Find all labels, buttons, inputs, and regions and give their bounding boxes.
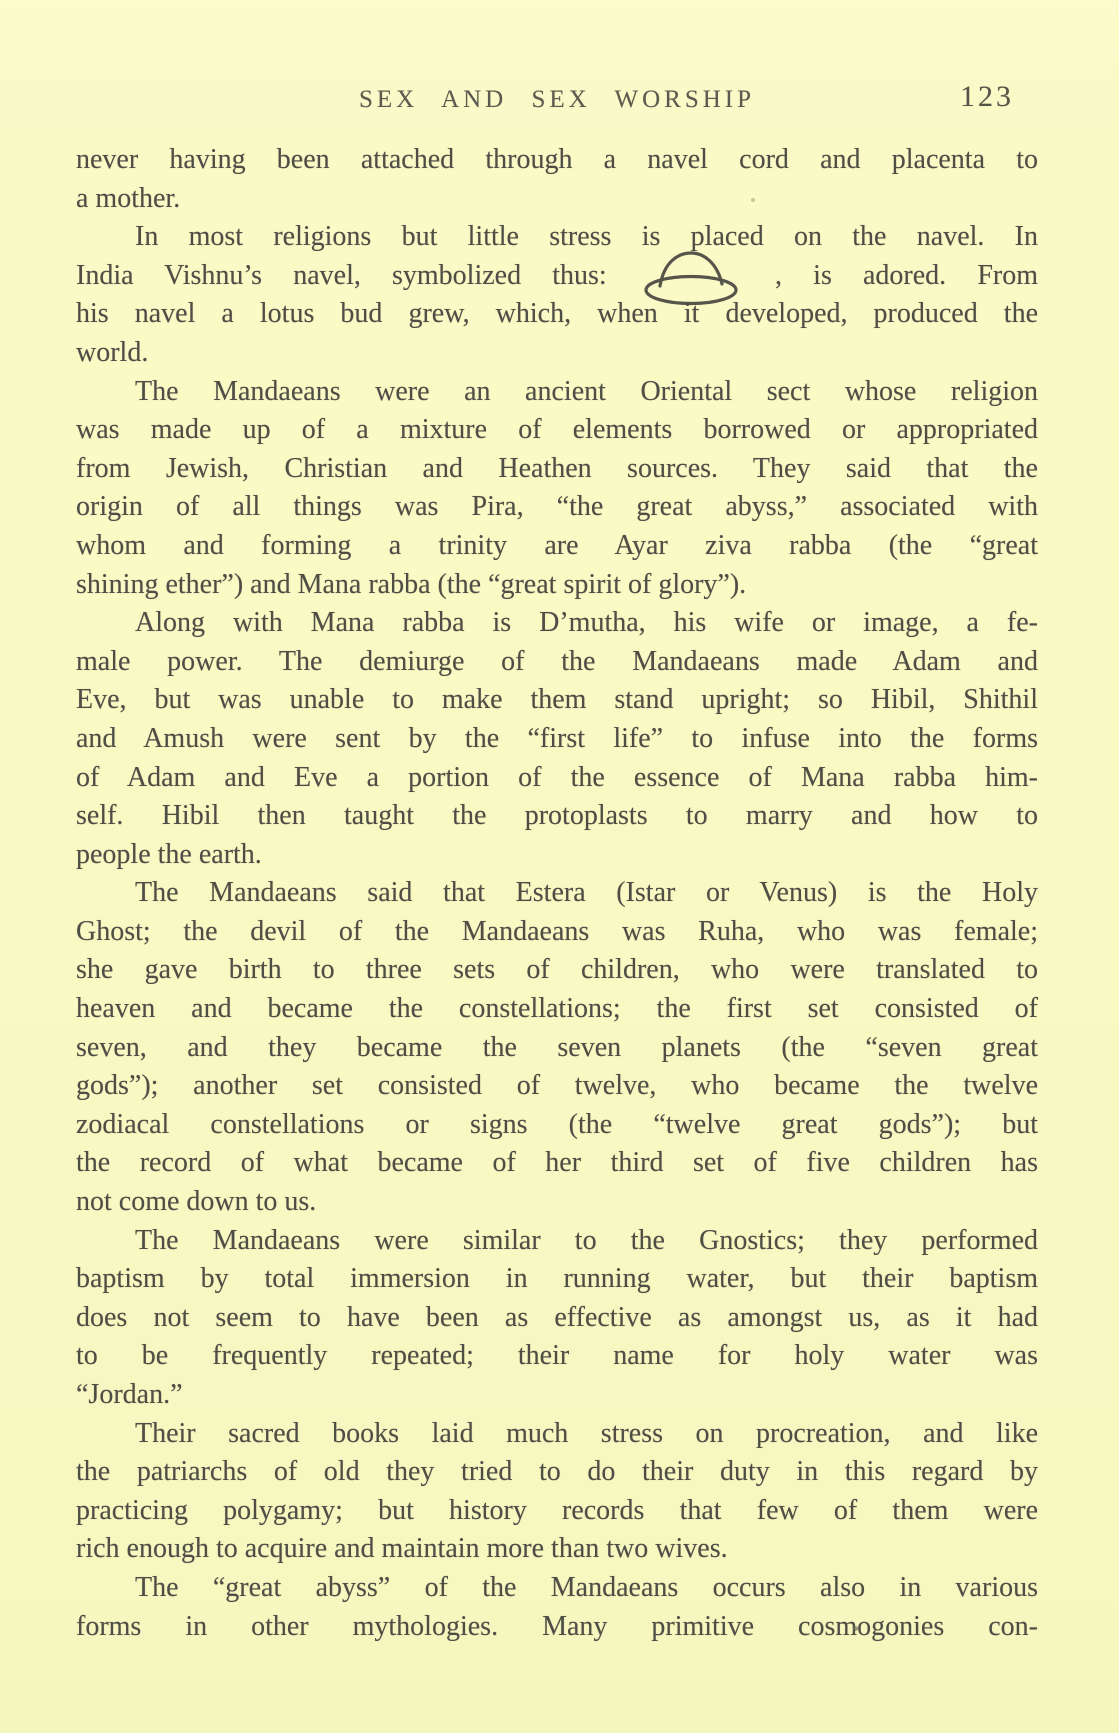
text-line: not come down to us. bbox=[76, 1183, 1038, 1222]
text-line: The “great abyss” of the Mandaeans occur… bbox=[76, 1569, 1038, 1608]
text-line: whom and forming a trinity are Ayar ziva… bbox=[76, 527, 1038, 566]
text-line: The Mandaeans said that Estera (Istar or… bbox=[76, 874, 1038, 913]
text-line: baptism by total immersion in running wa… bbox=[76, 1260, 1038, 1299]
text-line: was made up of a mixture of elements bor… bbox=[76, 411, 1038, 450]
paragraph: In most religions but little stress is p… bbox=[76, 218, 1038, 372]
scan-speck bbox=[853, 1626, 858, 1631]
page-number: 123 bbox=[960, 80, 1014, 114]
text-line: The Mandaeans were similar to the Gnosti… bbox=[76, 1222, 1038, 1261]
text-line: Their sacred books laid much stress on p… bbox=[76, 1415, 1038, 1454]
text-line: shining ether”) and Mana rabba (the “gre… bbox=[76, 566, 1038, 605]
text-line: seven, and they became the seven planets… bbox=[76, 1029, 1038, 1068]
paragraph: never having been attached through a nav… bbox=[76, 141, 1038, 218]
running-head: SEX AND SEX WORSHIP 123 bbox=[76, 84, 1038, 120]
text-line: she gave birth to three sets of children… bbox=[76, 951, 1038, 990]
scan-speck bbox=[751, 198, 755, 202]
text-line: and Amush were sent by the “first life” … bbox=[76, 720, 1038, 759]
text-line: to be frequently repeated; their name fo… bbox=[76, 1337, 1038, 1376]
text-line: never having been attached through a nav… bbox=[76, 141, 1038, 180]
text-line: from Jewish, Christian and Heathen sourc… bbox=[76, 450, 1038, 489]
text-line: world. bbox=[76, 334, 1038, 373]
text-line: self. Hibil then taught the protoplasts … bbox=[76, 797, 1038, 836]
text-line: male power. The demiurge of the Mandaean… bbox=[76, 643, 1038, 682]
paragraph: Along with Mana rabba is D’mutha, his wi… bbox=[76, 604, 1038, 874]
page-header-title: SEX AND SEX WORSHIP bbox=[76, 86, 1038, 114]
paragraph: The Mandaeans were similar to the Gnosti… bbox=[76, 1222, 1038, 1415]
text-line: the record of what became of her third s… bbox=[76, 1144, 1038, 1183]
book-page: SEX AND SEX WORSHIP 123 never having bee… bbox=[0, 0, 1119, 1733]
text-line: gods”); another set consisted of twelve,… bbox=[76, 1067, 1038, 1106]
text-line: his navel a lotus bud grew, which, when … bbox=[76, 295, 1038, 334]
paragraph: The Mandaeans were an ancient Oriental s… bbox=[76, 373, 1038, 605]
text-line: Eve, but was unable to make them stand u… bbox=[76, 681, 1038, 720]
text-line: Ghost; the devil of the Mandaeans was Ru… bbox=[76, 913, 1038, 952]
text-line: does not seem to have been as effective … bbox=[76, 1299, 1038, 1338]
text-line: “Jordan.” bbox=[76, 1376, 1038, 1415]
paragraph: Their sacred books laid much stress on p… bbox=[76, 1415, 1038, 1569]
text-line: practicing polygamy; but history records… bbox=[76, 1492, 1038, 1531]
paragraph: The “great abyss” of the Mandaeans occur… bbox=[76, 1569, 1038, 1646]
text-line: India Vishnu’s navel, symbolized thus: ,… bbox=[76, 257, 1038, 296]
text-line: people the earth. bbox=[76, 836, 1038, 875]
text-line: heaven and became the constellations; th… bbox=[76, 990, 1038, 1029]
text-line: the patriarchs of old they tried to do t… bbox=[76, 1453, 1038, 1492]
text-line: rich enough to acquire and maintain more… bbox=[76, 1530, 1038, 1569]
text-line: forms in other mythologies. Many primiti… bbox=[76, 1608, 1038, 1647]
text-line: In most religions but little stress is p… bbox=[76, 218, 1038, 257]
text-line: Along with Mana rabba is D’mutha, his wi… bbox=[76, 604, 1038, 643]
text-line: zodiacal constellations or signs (the “t… bbox=[76, 1106, 1038, 1145]
text-line: a mother. bbox=[76, 180, 1038, 219]
text-line: origin of all things was Pira, “the grea… bbox=[76, 488, 1038, 527]
text-line: The Mandaeans were an ancient Oriental s… bbox=[76, 373, 1038, 412]
paragraph: The Mandaeans said that Estera (Istar or… bbox=[76, 874, 1038, 1221]
text-line: of Adam and Eve a portion of the essence… bbox=[76, 759, 1038, 798]
text-block: never having been attached through a nav… bbox=[76, 141, 1038, 1646]
